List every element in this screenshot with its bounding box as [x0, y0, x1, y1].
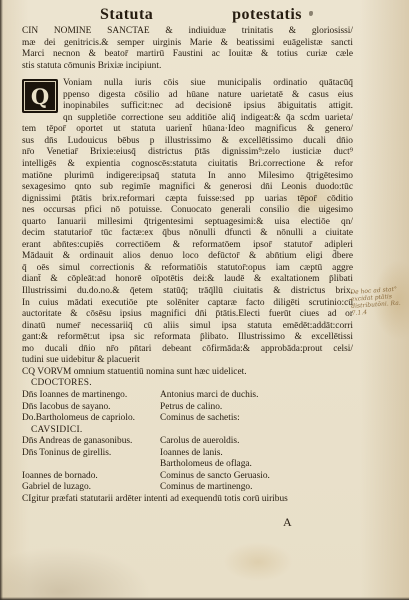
incipit-line: CIN NOMINE SANCTAE & indiuiduæ trinitati… [22, 26, 353, 38]
body-line: nr̄o Venetiar̄ Brixie:eiusq̄ districtus … [22, 147, 353, 159]
list-name-right: Cominus de martinengo. [160, 482, 353, 494]
causidici-list: Dn̄s Andreas de ganasonibus.Carolus de a… [22, 436, 353, 494]
body-line: intelligēs & expientia cognoscēs:statuta… [22, 159, 353, 171]
incipit-line: Marci necnon & beator̄ martirū Faustini … [22, 49, 353, 61]
list-name-right: Ioannes de lanis. [160, 448, 353, 460]
list-row: Bartholomeus de oflaga. [22, 459, 353, 471]
body-line: dignissimi p̄tātis brix.reformari cæpta … [22, 194, 353, 206]
list-row: Dn̄s Andreas de ganasonibus.Carolus de a… [22, 436, 353, 448]
handwritten-marginal-note: De hoc ad stat° excidat ptātis distribut… [350, 285, 409, 317]
list-row: Gabriel de luzago.Cominus de martinengo. [22, 482, 353, 494]
incipit-paragraph: CIN NOMINE SANCTAE & indiuiduæ trinitati… [22, 26, 353, 72]
running-head: Statuta potestatis [100, 6, 302, 24]
body-line: gant:& reformēt:ut ipsa sic reformata p̄… [22, 332, 353, 344]
main-paragraph: Q Voniam nulla iuris cōis siue municipal… [22, 78, 353, 367]
marginal-note-line-2: distributōni. Ra. 7.1.4 [351, 299, 409, 317]
list-name-left: Dn̄s Toninus de girellis. [22, 448, 160, 460]
running-head-left: Statuta [100, 6, 153, 24]
body-line: ppenso digesta cōsilio ad hūane nature u… [22, 90, 353, 102]
causidici-heading: CAVSIDICI. [22, 425, 353, 437]
list-row: Ioannes de bornado.Cominus de sancto Ger… [22, 471, 353, 483]
body-line: sexagesimo qnto sub regimīe magnifici & … [22, 182, 353, 194]
list-name-right: Petrus de calino. [160, 402, 353, 414]
incipit-line: stis statuta cōmunis Brixiæ incipiunt. [22, 61, 353, 73]
list-row: Do.Bartholomeus de capriolo.Cominus de s… [22, 413, 353, 425]
list-name-left: Dn̄s Andreas de ganasonibus. [22, 436, 160, 448]
doctors-list: Dn̄s Ioannes de martinengo.Antonius marc… [22, 390, 353, 425]
body-line: q̄ oēs simul correctionis & reformatiōis… [22, 263, 353, 275]
body-line: Voniam nulla iuris cōis siue municipalis… [22, 78, 353, 90]
body-line: auctoritate & cōsēsu ipsius magnifici dn… [22, 309, 353, 321]
page-left-edge [0, 0, 3, 600]
list-name-right: Antonius marci de duchis. [160, 390, 353, 402]
list-name-right: Bartholomeus de oflaga. [160, 459, 353, 471]
book-page: Statuta potestatis CIN NOMINE SANCTAE & … [0, 0, 409, 600]
body-line: Mādauit & ordinauit alios denuo loco def… [22, 251, 353, 263]
list-row: Dn̄s Toninus de girellis.Ioannes de lani… [22, 448, 353, 460]
body-line: quarto Ianuarii millesimi q̄trigentesimi… [22, 217, 353, 229]
body-line: tem tēpor̄ oportet ut statuta uarient̄ h… [22, 124, 353, 136]
body-line: inopinabiles sufficit:nec ad decisionē i… [22, 101, 353, 113]
closing-line: CIgitur præfati statutarii ardēter inten… [22, 494, 353, 506]
list-name-right: Cominus de sancto Geruasio. [160, 471, 353, 483]
body-line: tudini sue uidebitur & placuerit [22, 355, 353, 367]
ink-speck [309, 11, 313, 16]
body-line: erant abn̄tes:cupiēs correctiōem & refor… [22, 240, 353, 252]
doctors-heading: CDOCTORES. [22, 378, 353, 390]
running-head-right: potestatis [232, 6, 302, 24]
list-name-left: Ioannes de bornado. [22, 471, 160, 483]
body-line: nes occursas pfici nō potuisse. Conuocat… [22, 205, 353, 217]
body-line: matiōne plurimū indigere:ipsaq̄ statuta … [22, 171, 353, 183]
list-name-right: Carolus de aueroldis. [160, 436, 353, 448]
list-name-left: Do.Bartholomeus de capriolo. [22, 413, 160, 425]
list-name-left: Dn̄s Iacobus de sayano. [22, 402, 160, 414]
list-row: Dn̄s Ioannes de martinengo.Antonius marc… [22, 390, 353, 402]
body-line: decim statutarior̄ tūc factæ:ex q̄bus nō… [22, 228, 353, 240]
body-line: Illustrissimi du.do.no.& q̄etem statūq̄;… [22, 286, 353, 298]
drop-cap-Q: Q [22, 79, 58, 113]
body-line: mo ducali dn̄io nr̄o pn̄tari debeant cōf… [22, 344, 353, 356]
quorum-line: CQ VORVM omnium statuentiū nomina sunt h… [22, 367, 353, 379]
body-line: In cuius mādati executiōe pte solēniter … [22, 298, 353, 310]
drop-cap-letter: Q [31, 86, 49, 107]
list-name-left: Dn̄s Ioannes de martinengo. [22, 390, 160, 402]
body-line: diant̄ & cōpleāt:ad honorē oīpotētis dei… [22, 274, 353, 286]
body-line: dinatū numer̄ necessariiq̄ cū aliis simu… [22, 321, 353, 333]
body-line: sus dn̄s Ludouicus bēbus p illustrissimo… [22, 136, 353, 148]
body-line: qn suppletiōe correctione seu additiōe a… [22, 113, 353, 125]
list-name-left [22, 459, 160, 471]
text-block: CIN NOMINE SANCTAE & indiuiduæ trinitati… [22, 26, 353, 505]
incipit-line: mæ dei genitricis.& semper uirginis Mari… [22, 38, 353, 50]
list-row: Dn̄s Iacobus de sayano.Petrus de calino. [22, 402, 353, 414]
list-name-right: Cominus de sachetis: [160, 413, 353, 425]
list-name-left: Gabriel de luzago. [22, 482, 160, 494]
signature-mark: A [283, 515, 292, 530]
